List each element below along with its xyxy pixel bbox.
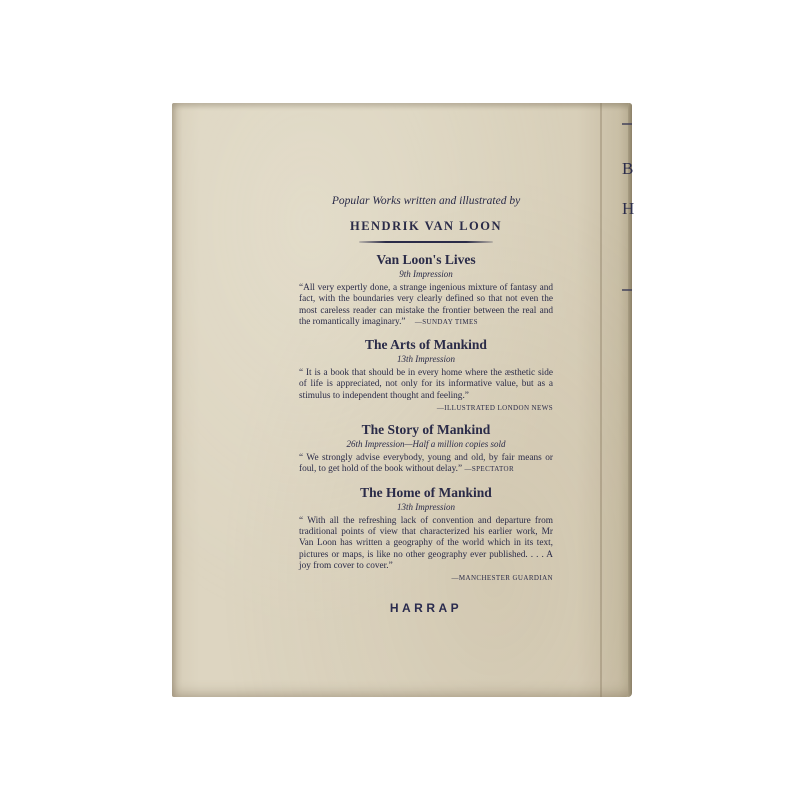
book-review-quote: “ We strongly advise everybody, young an…: [299, 453, 553, 476]
publisher-name: HARRAP: [299, 601, 553, 615]
review-source: —Spectator: [464, 465, 514, 473]
spine-letter-b: B: [622, 159, 633, 179]
book-title: The Story of Mankind: [299, 422, 553, 438]
book-back-cover: B H Popular Works written and illustrate…: [172, 103, 632, 697]
book-title: Van Loon's Lives: [299, 252, 553, 268]
spine-rule-mark: [622, 289, 632, 291]
book-title: The Home of Mankind: [299, 485, 553, 501]
spine-fold-line: [600, 103, 602, 697]
book-entry: Van Loon's Lives 9th Impression “All ver…: [299, 252, 553, 328]
spine-edge: [628, 103, 632, 697]
book-impression: 26th Impression—Half a million copies so…: [299, 439, 553, 450]
book-impression: 13th Impression: [299, 354, 553, 365]
book-entry: The Story of Mankind 26th Impression—Hal…: [299, 422, 553, 476]
book-impression: 13th Impression: [299, 502, 553, 513]
book-entry: The Home of Mankind 13th Impression “ Wi…: [299, 485, 553, 583]
review-source: —Manchester Guardian: [299, 573, 553, 583]
review-source: —Illustrated London News: [299, 403, 553, 413]
book-entry: The Arts of Mankind 13th Impression “ It…: [299, 337, 553, 413]
spine-letter-h: H: [622, 199, 634, 219]
book-review-quote: “ It is a book that should be in every h…: [299, 368, 553, 402]
book-review-quote: “All very expertly done, a strange ingen…: [299, 283, 553, 328]
review-source: —Sunday Times: [415, 318, 478, 326]
book-impression: 9th Impression: [299, 269, 553, 280]
title-rule: [359, 241, 493, 243]
author-name: HENDRIK VAN LOON: [299, 219, 553, 234]
intro-line: Popular Works written and illustrated by: [299, 195, 553, 207]
book-title: The Arts of Mankind: [299, 337, 553, 353]
spine-rule-mark: [622, 123, 632, 125]
book-review-quote: “ With all the refreshing lack of conven…: [299, 516, 553, 572]
back-cover-text-block: Popular Works written and illustrated by…: [299, 195, 553, 615]
